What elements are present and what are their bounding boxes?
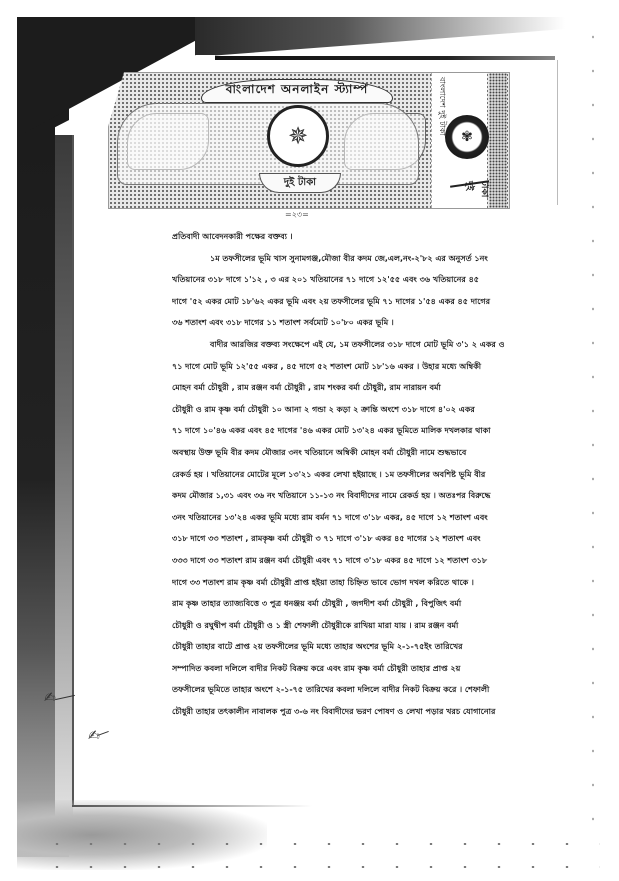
- text-line: চৌধুরী ও রাম কৃষ্ণ বর্মা চৌধুরী ১০ আনা ২…: [172, 399, 537, 421]
- text-line: ৭১ দাগে মোট ভূমি ১২'৫৫ একর , ৪৫ দাগে ৫২ …: [172, 356, 537, 378]
- document-body: প্রতিবাদী আবেদনকারী পক্ষের বক্তব্য । ১ম …: [172, 226, 537, 723]
- paper-right-edge: [557, 60, 558, 205]
- page-number: =২৩=: [285, 209, 309, 222]
- text-line: ১ম তফসীলের ভূমি খাস সুনামগঞ্জ,মৌজা বীর ক…: [172, 248, 537, 270]
- text-line: ৩৩৩ দাগে ৩৩ শতাংশ রাম রঞ্জন বর্মা চৌধুরী…: [172, 550, 537, 572]
- paper-left-edge-line: [72, 135, 74, 805]
- text-line: চৌধুরী তাহার বাটে প্রাপ্ত ২য় তফসীলের ভূ…: [172, 636, 537, 658]
- text-line: বাদীর আরজির বক্তব্য সংক্ষেপে এই যে, ১ম ত…: [172, 334, 537, 356]
- text-line: চৌধুরী তাহার তৎকালীন নাবালক পুত্র ৩-৬ নং…: [172, 701, 537, 723]
- text-line: রেকর্ড হয় । খতিয়ানের মোটের মূলে ১৩'২১ …: [172, 464, 537, 486]
- text-line: ৩৬ শতাংশ এবং ৩১৮ দাগের ১১ শতাংশ সর্বমোট …: [172, 312, 537, 334]
- paper-left-edge-shadow: [55, 135, 73, 835]
- scan-dot-column: [592, 20, 594, 840]
- scan-dot-row: [40, 866, 600, 868]
- text-line: ৩১৮ দাগে ৩৩ শতাংশ , রামকৃষ্ণ বর্মা চৌধুর…: [172, 528, 537, 550]
- text-line: সম্পাদিত কবলা দলিলে বাদীর নিকট বিক্রয় ক…: [172, 658, 537, 680]
- text-line: কদম মৌজার ১,৩১ এবং ৩৬ নং খতিয়ানে ১১-১৩ …: [172, 485, 537, 507]
- stamp-right-border: [489, 73, 507, 208]
- text-line: তফসীলের ভূমিতে তাহার অংশে ২-১-৭৫ তারিখের…: [172, 679, 537, 701]
- text-line: চৌধুরী ও রঘুদ্বীপ বর্মা চৌধুরী ও ১ স্ত্র…: [172, 615, 537, 637]
- text-line: দাগে '৫২ একর মোট ১৮'৬২ একর ভূমি এবং ২য় …: [172, 291, 537, 313]
- text-line: দাগে ৩৩ শতাংশ রাম কৃষ্ণ বর্মা চৌধুরী প্র…: [172, 572, 537, 594]
- scan-dot-row: [40, 843, 600, 845]
- stamp-denomination: দুই টাকা: [259, 173, 341, 193]
- stamp-paper-header: বাংলাদেশ অনলাইন স্ট্যাম্প ✵ দুই টাকা বাং…: [108, 72, 510, 209]
- text-line: রাম কৃষ্ণ তাহার ত্যাজ্যবিত্তে ৩ পুত্র ধন…: [172, 593, 537, 615]
- text-line: মোহন বর্মা চৌধুরী , রাম রঞ্জন বর্মা চৌধু…: [172, 377, 537, 399]
- paper-top-edge: [195, 56, 555, 60]
- text-line: অবস্থায় উক্ত ভূমি বীর কদম মৌজার ৩নং খতি…: [172, 442, 537, 464]
- stamp-title-banner: বাংলাদেশ অনলাইন স্ট্যাম্প: [201, 79, 393, 103]
- document-heading: প্রতিবাদী আবেদনকারী পক্ষের বক্তব্য ।: [172, 226, 537, 248]
- official-seal-icon: ✾: [445, 115, 489, 159]
- margin-signature-mark: ✍: [88, 728, 100, 744]
- scan-smudge: [17, 800, 267, 870]
- text-line: ৩নং খতিয়ানের ১৩'২৪ একর ভূমি মধ্যে রাম ব…: [172, 507, 537, 529]
- national-emblem-icon: ✵: [267, 105, 329, 167]
- text-line: খতিয়ানের ৩১৮ দাগে ১'১২ , ৩ এর ২০১ খতিয়…: [172, 269, 537, 291]
- text-line: ৭১ দাগে ১০'৪৬ একর এবং ৪৫ দাগের '৪৬ একর ম…: [172, 420, 537, 442]
- paper-bottom-edge: [72, 805, 552, 807]
- margin-signature-mark: ✍: [44, 690, 56, 706]
